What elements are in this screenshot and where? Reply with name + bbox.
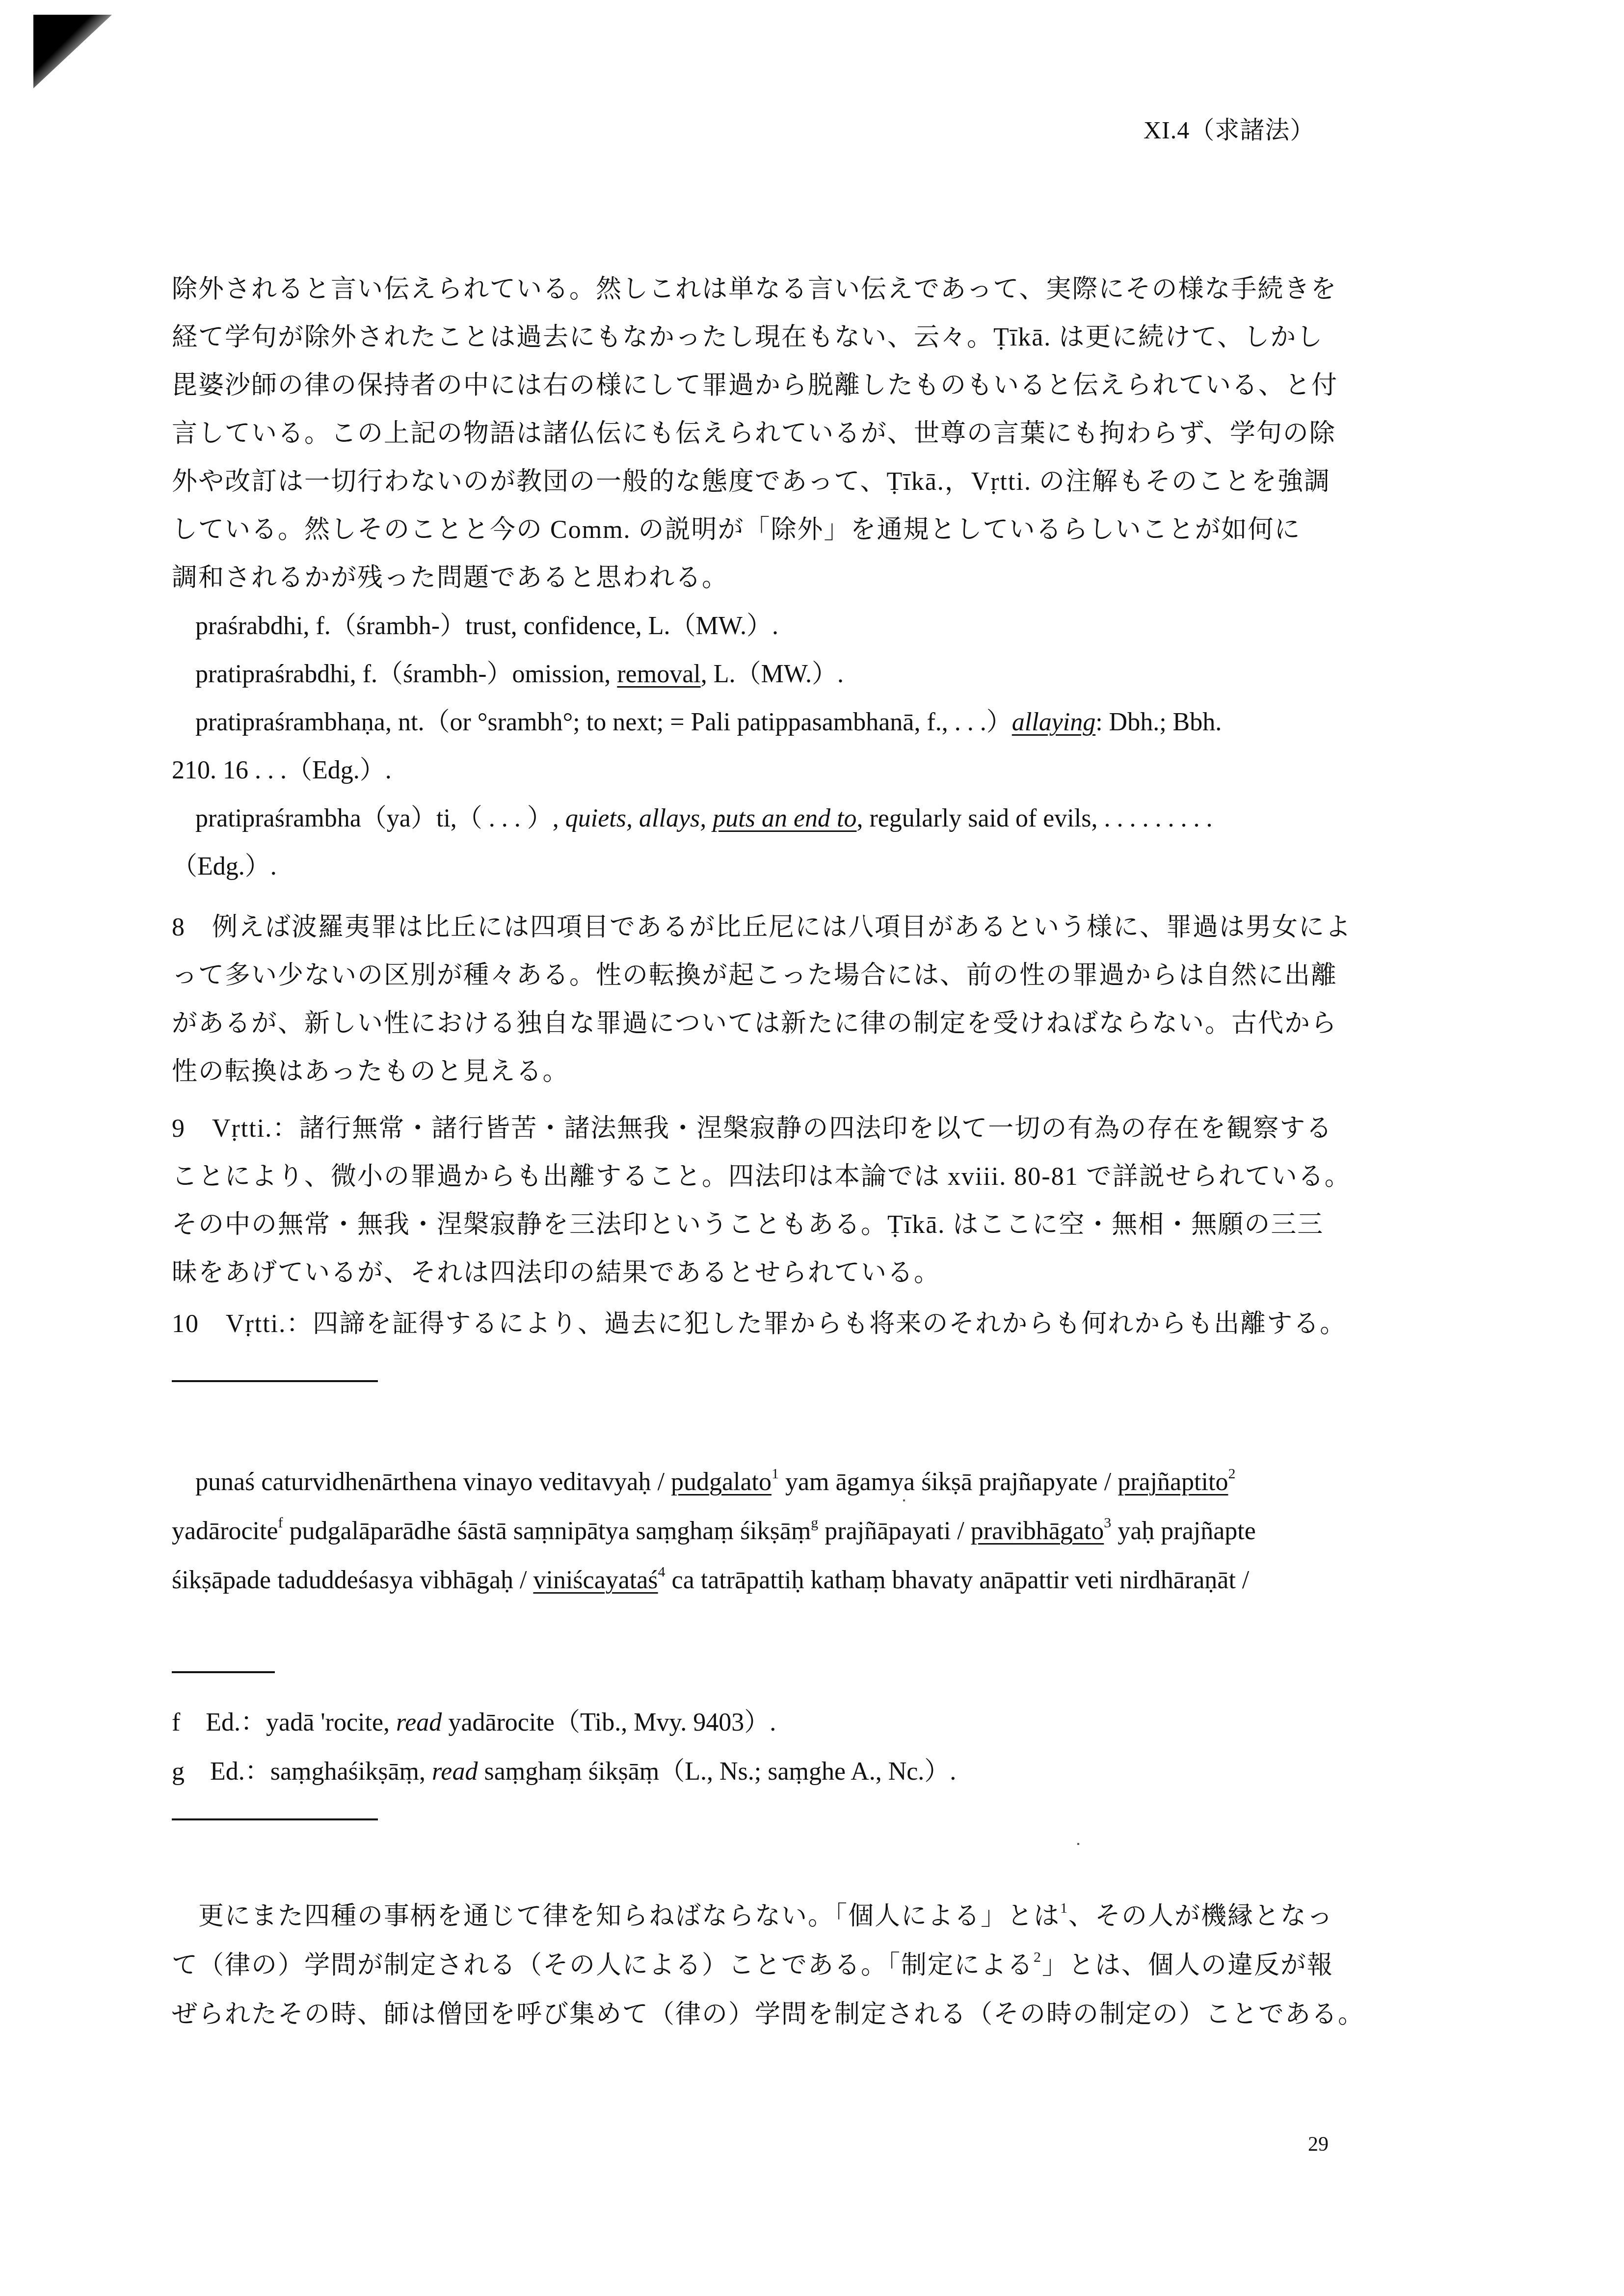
dictionary-entry-continuation: （Edg.）. [172, 852, 277, 881]
apparatus-text: f Ed.：yadā 'rocite, [172, 1709, 396, 1736]
text-line: 外や改訂は一切行わないのが教団の一般的な態度であって、Ṭīkā.，Vṛtti. … [172, 467, 1331, 497]
sanskrit-fragment: punaś caturvidhenārthena vinayo veditavy… [195, 1468, 671, 1496]
apparatus-text: g Ed.：saṃghaśikṣāṃ, [172, 1758, 432, 1786]
underlined-term: prajñaptito [1118, 1468, 1228, 1496]
page-number: 29 [1308, 2133, 1329, 2156]
entry-text: pratipraśrambha（ya）ti,（ . . . ）, [195, 804, 565, 832]
underlined-term: removal [617, 660, 700, 688]
sanskrit-fragment: prajñāpayati / [818, 1517, 970, 1545]
entry-text: pratipraśrabdhi, f.（śrambh-）omission, [195, 660, 617, 688]
note-10-line: 10 Vṛtti.：四諦を証得するにより、過去に犯した罪からも将来のそれからも何… [172, 1309, 1346, 1339]
sanskrit-fragment: pudgalāparādhe śāstā saṃnipātya saṃghaṃ … [283, 1517, 811, 1545]
translation-line: ぜられたその時、師は僧団を呼び集めて（律の）学問を制定される（その時の制定の）こ… [172, 2000, 1364, 2029]
note-8-line: 性の転換はあったものと見える。 [172, 1057, 569, 1087]
footnote-ref: 3 [1104, 1515, 1111, 1531]
note-8-line: 8 例えば波羅夷罪は比丘には四項目であるが比丘尼には八項目があるという様に、罪過… [172, 913, 1352, 942]
sanskrit-fragment: yaḥ prajñapte [1111, 1517, 1256, 1545]
text-line: 経て学句が除外されたことは過去にもなかったし現在もない、云々。Ṭīkā. は更に… [172, 323, 1323, 352]
note-9-line: 9 Vṛtti.：諸行無常・諸行皆苦・諸法無我・涅槃寂静の四法印を以て一切の有為… [172, 1114, 1332, 1144]
apparatus-text: yadārocite（Tib., Mvy. 9403）. [442, 1709, 776, 1736]
sanskrit-line: śikṣāpade taduddeśasya vibhāgaḥ / viniśc… [172, 1566, 1249, 1595]
footnote-ref: 1 [1060, 1900, 1068, 1916]
note-9-line: その中の無常・無我・涅槃寂静を三法印ということもある。Ṭīkā. はここに空・無… [172, 1210, 1324, 1240]
translation-text: 更にまた四種の事柄を通じて律を知らねばならない。「個人による」とは [172, 1902, 1060, 1930]
text-line: 調和されるかが残った問題であると思われる。 [172, 563, 728, 593]
entry-text: : Dbh.; Bbh. [1095, 708, 1222, 736]
italic-read: read [396, 1709, 442, 1736]
text-line: している。然しそのことと今の Comm. の説明が「除外」を通規としているらしい… [172, 515, 1301, 545]
footnote-ref: 2 [1034, 1949, 1042, 1965]
text-line: 言している。この上記の物語は諸仏伝にも伝えられているが、世尊の言葉にも拘わらず、… [172, 419, 1336, 449]
sanskrit-line: yadārocitef pudgalāparādhe śāstā saṃnipā… [172, 1517, 1256, 1546]
underlined-term: puts an end to [713, 804, 856, 832]
sanskrit-fragment: yam āgamya śikṣā prajñapyate / [779, 1468, 1118, 1496]
sanskrit-line: punaś caturvidhenārthena vinayo veditavy… [195, 1468, 1235, 1497]
dictionary-entry-continuation: 210. 16 . . .（Edg.）. [172, 756, 392, 785]
italic-read: read [432, 1758, 478, 1786]
apparatus-divider [172, 1671, 275, 1673]
entry-text: pratipraśrambhaṇa, nt.（or °srambh°; to n… [195, 708, 1012, 736]
apparatus-note-g: g Ed.：saṃghaśikṣāṃ, read saṃghaṃ śikṣāṃ（… [172, 1757, 956, 1787]
italic-gloss: quiets, allays, [565, 804, 713, 832]
scan-speck [903, 1499, 905, 1501]
note-9-line: ことにより、微小の罪過からも出離すること。四法印は本論では xviii. 80-… [172, 1162, 1351, 1192]
running-head: XI.4（求諸法） [1144, 110, 1315, 146]
footnote-ref: 4 [658, 1564, 666, 1580]
text-line: 除外されると言い伝えられている。然しこれは単なる言い伝えであって、実際にその様な… [172, 275, 1337, 304]
dictionary-entry: pratipraśrambhaṇa, nt.（or °srambh°; to n… [195, 708, 1222, 737]
translation-text: て（律の）学問が制定される（その人による）ことである。「制定による [172, 1951, 1034, 1979]
translation-line: て（律の）学問が制定される（その人による）ことである。「制定による2」とは、個人… [172, 1951, 1333, 1980]
entry-text: , L.（MW.）. [701, 660, 844, 688]
translation-text: 」とは、個人の違反が報 [1042, 1951, 1333, 1979]
underlined-term: pudgalato [671, 1468, 772, 1496]
dictionary-entry: praśrabdhi, f.（śrambh-）trust, confidence… [195, 612, 778, 641]
translation-line: 更にまた四種の事柄を通じて律を知らねばならない。「個人による」とは1、その人が機… [172, 1902, 1333, 1931]
scan-speck [1077, 1843, 1079, 1845]
apparatus-text: saṃghaṃ śikṣāṃ（L., Ns.; saṃghe A., Nc.）. [478, 1758, 956, 1786]
footnote-ref: 2 [1228, 1466, 1235, 1482]
apparatus-note-f: f Ed.：yadā 'rocite, read yadārocite（Tib.… [172, 1708, 776, 1737]
apparatus-ref: g [811, 1515, 818, 1531]
underlined-term: viniścayataś [533, 1566, 658, 1594]
sanskrit-fragment: ca tatrāpattiḥ kathaṃ bhavaty anāpattir … [666, 1566, 1250, 1594]
text-line: 毘婆沙師の律の保持者の中には右の様にして罪過から脱離したものもいると伝えられてい… [172, 371, 1338, 400]
dictionary-entry: pratipraśrambha（ya）ti,（ . . . ）, quiets,… [195, 804, 1212, 833]
dictionary-entry: pratipraśrabdhi, f.（śrambh-）omission, re… [195, 660, 844, 689]
sanskrit-fragment: śikṣāpade taduddeśasya vibhāgaḥ / [172, 1566, 533, 1594]
sanskrit-fragment: yadārocite [172, 1517, 278, 1545]
apparatus-ref: f [278, 1515, 283, 1531]
scan-corner-mark [33, 15, 112, 88]
underlined-term: pravibhāgato [971, 1517, 1104, 1545]
entry-text: , regularly said of evils, . . . . . . .… [856, 804, 1212, 832]
underlined-term: allaying [1012, 708, 1095, 736]
translation-text: 、その人が機縁となっ [1068, 1902, 1333, 1930]
translation-divider [172, 1818, 378, 1820]
note-8-line: があるが、新しい性における独自な罪過については新たに律の制定を受けねばならない。… [172, 1009, 1337, 1039]
footnote-ref: 1 [772, 1466, 779, 1482]
section-divider [172, 1380, 378, 1382]
note-9-line: 昧をあげているが、それは四法印の結果であるとせられている。 [172, 1258, 940, 1288]
note-8-line: って多い少ないの区別が種々ある。性の転換が起こった場合には、前の性の罪過からは自… [172, 961, 1337, 990]
